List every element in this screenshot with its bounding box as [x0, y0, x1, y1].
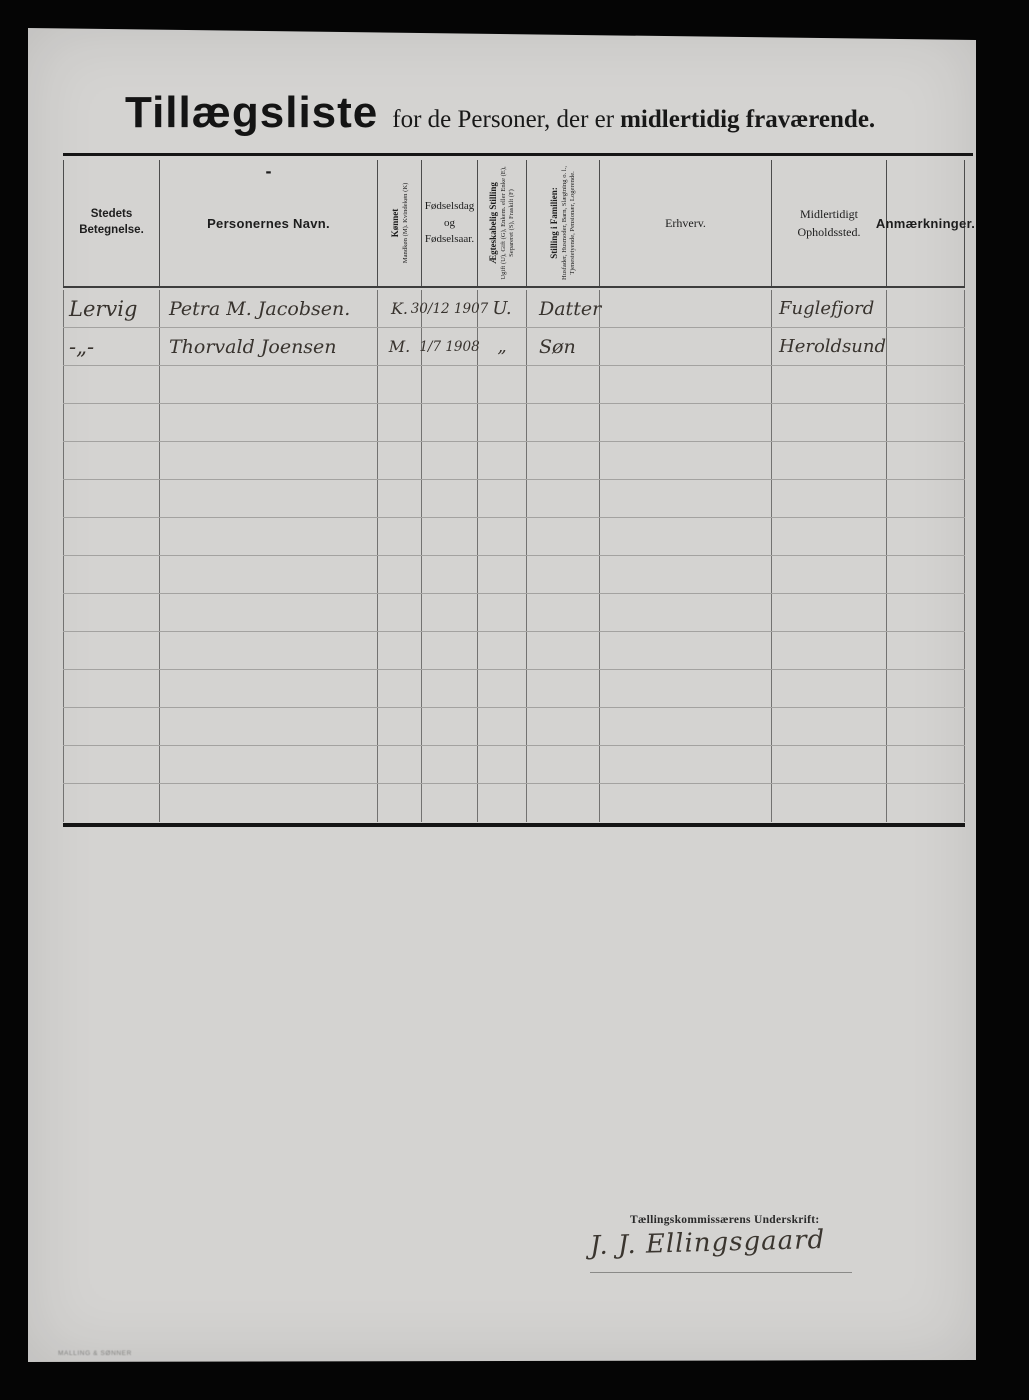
- cell-place: [63, 670, 160, 707]
- cell-family-position: Søn: [527, 328, 600, 365]
- cell-family-position: [527, 784, 600, 822]
- header-sex-main: Kønnet: [389, 162, 400, 284]
- cell-remarks: [887, 328, 965, 365]
- form-subtitle-regular: for de Personer, der er: [392, 106, 614, 133]
- cell-family-position: [527, 404, 600, 441]
- cell-occupation: [600, 366, 772, 403]
- cell-family-position: [527, 480, 600, 517]
- cell-place: [63, 518, 160, 555]
- cell-marital-status: [478, 632, 527, 669]
- cell-remarks: [887, 480, 965, 517]
- cell-residence: [772, 366, 887, 403]
- header-marital: Ægteskabelig Stilling Ugift (U), Gift (G…: [478, 160, 527, 286]
- cell-marital-status: [478, 708, 527, 745]
- header-place-label: Stedets Betegnelse.: [66, 207, 157, 238]
- table-row: [63, 632, 965, 670]
- cell-birthdate: [422, 480, 478, 517]
- cell-occupation: [600, 518, 772, 555]
- table-row: [63, 480, 965, 518]
- scan-background: Tillægsliste for de Personer, der ermidl…: [0, 0, 1029, 1400]
- cell-place: [63, 480, 160, 517]
- header-rule-top: [63, 153, 973, 156]
- cell-family-position: [527, 556, 600, 593]
- cell-remarks: [887, 708, 965, 745]
- cell-birthdate: [422, 594, 478, 631]
- header-occupation-label: Erhverv.: [665, 214, 706, 232]
- cell-marital-status: „: [478, 328, 527, 365]
- cell-family-position: [527, 632, 600, 669]
- cell-family-position: [527, 366, 600, 403]
- cell-place: [63, 594, 160, 631]
- cell-birthdate: [422, 556, 478, 593]
- cell-birthdate: [422, 708, 478, 745]
- cell-residence: [772, 404, 887, 441]
- cell-residence: [772, 480, 887, 517]
- cell-sex: [378, 670, 422, 707]
- cell-marital-status: [478, 746, 527, 783]
- cell-birthdate: [422, 366, 478, 403]
- table-body: Lervig Petra M. Jacobsen. K. 30/12 1907 …: [63, 290, 965, 822]
- cell-occupation: [600, 632, 772, 669]
- table-row: [63, 404, 965, 442]
- cell-birthdate: [422, 442, 478, 479]
- header-residence-label: Midlertidigt Opholdssted.: [774, 205, 884, 241]
- cell-marital-status: U.: [478, 290, 527, 327]
- cell-sex: [378, 404, 422, 441]
- cell-remarks: [887, 594, 965, 631]
- cell-name: Petra M. Jacobsen.: [160, 290, 378, 327]
- page-title: Tillægsliste for de Personer, der ermidl…: [125, 88, 875, 138]
- cell-name: [160, 708, 378, 745]
- cell-family-position: [527, 670, 600, 707]
- form-title: Tillægsliste: [125, 88, 378, 138]
- table-row: [63, 670, 965, 708]
- cell-sex: [378, 708, 422, 745]
- cell-marital-status: [478, 366, 527, 403]
- header-sex-rotated: Kønnet Mandkøn (M). Kvindekøn (K): [389, 162, 409, 284]
- cell-birthdate: 1/7 1908: [422, 328, 478, 365]
- cell-name: [160, 480, 378, 517]
- cell-residence: [772, 708, 887, 745]
- cell-sex: [378, 784, 422, 822]
- cell-place: [63, 708, 160, 745]
- cell-sex: [378, 480, 422, 517]
- table-row: [63, 594, 965, 632]
- cell-place: -„-: [63, 328, 160, 365]
- cell-residence: [772, 632, 887, 669]
- cell-sex: [378, 442, 422, 479]
- header-remarks: Anmærkninger.: [887, 160, 965, 286]
- cell-marital-status: [478, 518, 527, 555]
- cell-residence: [772, 518, 887, 555]
- cell-occupation: [600, 746, 772, 783]
- cell-marital-status: [478, 442, 527, 479]
- header-family-main: Stilling i Familien:: [549, 162, 560, 284]
- cell-marital-status: [478, 404, 527, 441]
- header-sex-sub: Mandkøn (M). Kvindekøn (K): [401, 162, 409, 284]
- cell-place: [63, 366, 160, 403]
- header-place: Stedets Betegnelse.: [63, 160, 160, 286]
- cell-name: [160, 442, 378, 479]
- form-subtitle-bold: midlertidig fraværende.: [620, 106, 875, 133]
- header-sex: Kønnet Mandkøn (M). Kvindekøn (K): [378, 160, 422, 286]
- cell-remarks: [887, 442, 965, 479]
- header-family-sub: Husfader, Husmoder, Barn, Slægtning o. l…: [561, 162, 577, 284]
- cell-residence: [772, 442, 887, 479]
- cell-occupation: [600, 328, 772, 365]
- cell-residence: [772, 784, 887, 822]
- cell-occupation: [600, 556, 772, 593]
- cell-birthdate: [422, 404, 478, 441]
- cell-remarks: [887, 366, 965, 403]
- header-name-label: Personernes Navn.: [207, 216, 330, 231]
- cell-remarks: [887, 556, 965, 593]
- cell-birthdate: [422, 746, 478, 783]
- cell-remarks: [887, 404, 965, 441]
- cell-birthdate: [422, 632, 478, 669]
- cell-family-position: [527, 442, 600, 479]
- header-residence: Midlertidigt Opholdssted.: [772, 160, 887, 286]
- header-marital-rotated: Ægteskabelig Stilling Ugift (U), Gift (G…: [488, 162, 516, 284]
- cell-birthdate: [422, 518, 478, 555]
- cell-marital-status: [478, 556, 527, 593]
- header-occupation: Erhverv.: [600, 160, 772, 286]
- table-header: Stedets Betegnelse. - Personernes Navn. …: [63, 160, 965, 288]
- cell-name: [160, 670, 378, 707]
- table-row: [63, 746, 965, 784]
- signature-handwriting: J. J. Ellingsgaard: [590, 1225, 826, 1261]
- cell-marital-status: [478, 670, 527, 707]
- cell-occupation: [600, 784, 772, 822]
- cell-name: [160, 518, 378, 555]
- table-row: [63, 442, 965, 480]
- cell-name: [160, 784, 378, 822]
- cell-birthdate: [422, 670, 478, 707]
- dash-mark: -: [266, 166, 272, 176]
- cell-occupation: [600, 290, 772, 327]
- table-row: [63, 708, 965, 746]
- cell-marital-status: [478, 480, 527, 517]
- header-birth: Fødselsdag og Fødselsaar.: [422, 160, 478, 286]
- cell-remarks: [887, 670, 965, 707]
- table-row: [63, 366, 965, 404]
- cell-family-position: [527, 594, 600, 631]
- cell-place: [63, 404, 160, 441]
- cell-marital-status: [478, 594, 527, 631]
- cell-occupation: [600, 404, 772, 441]
- cell-name: [160, 746, 378, 783]
- cell-occupation: [600, 670, 772, 707]
- cell-birthdate: 30/12 1907: [422, 290, 478, 327]
- cell-residence: Heroldsund: [772, 328, 887, 365]
- header-family-rotated: Stilling i Familien: Husfader, Husmoder,…: [549, 162, 577, 284]
- cell-remarks: [887, 518, 965, 555]
- cell-sex: [378, 366, 422, 403]
- scanned-page: Tillægsliste for de Personer, der ermidl…: [28, 26, 976, 1362]
- header-birth-label: Fødselsdag og Fødselsaar.: [424, 198, 475, 248]
- cell-place: [63, 442, 160, 479]
- cell-place: [63, 784, 160, 822]
- table-row: [63, 556, 965, 594]
- header-family: Stilling i Familien: Husfader, Husmoder,…: [527, 160, 600, 286]
- cell-family-position: [527, 708, 600, 745]
- cell-remarks: [887, 290, 965, 327]
- cell-remarks: [887, 746, 965, 783]
- signature-line: [590, 1272, 852, 1273]
- cell-family-position: [527, 518, 600, 555]
- cell-sex: [378, 556, 422, 593]
- printer-imprint: Malling & Sønner: [58, 1350, 132, 1357]
- cell-occupation: [600, 442, 772, 479]
- cell-occupation: [600, 708, 772, 745]
- cell-sex: [378, 518, 422, 555]
- cell-sex: [378, 746, 422, 783]
- header-name: - Personernes Navn.: [160, 160, 378, 286]
- cell-place: [63, 746, 160, 783]
- cell-place: Lervig: [63, 290, 160, 327]
- header-remarks-label: Anmærkninger.: [876, 216, 975, 231]
- cell-marital-status: [478, 784, 527, 822]
- header-marital-sub: Ugift (U), Gift (G), Enkem. eller Enke (…: [500, 162, 516, 284]
- cell-name: Thorvald Joensen: [160, 328, 378, 365]
- cell-residence: [772, 594, 887, 631]
- signature-label: Tællingskommissærens Underskrift:: [630, 1214, 820, 1226]
- table-row: [63, 518, 965, 556]
- cell-occupation: [600, 480, 772, 517]
- cell-residence: [772, 746, 887, 783]
- table-row: [63, 784, 965, 822]
- cell-place: [63, 556, 160, 593]
- cell-place: [63, 632, 160, 669]
- cell-remarks: [887, 784, 965, 822]
- table-row: -„- Thorvald Joensen M. 1/7 1908 „ Søn H…: [63, 328, 965, 366]
- cell-family-position: Datter: [527, 290, 600, 327]
- cell-name: [160, 556, 378, 593]
- cell-occupation: [600, 594, 772, 631]
- header-marital-main: Ægteskabelig Stilling: [488, 162, 499, 284]
- form-subtitle: for de Personer, der ermidlertidig fravæ…: [392, 106, 875, 134]
- cell-family-position: [527, 746, 600, 783]
- cell-residence: [772, 670, 887, 707]
- cell-name: [160, 594, 378, 631]
- cell-sex: [378, 594, 422, 631]
- cell-residence: [772, 556, 887, 593]
- cell-name: [160, 404, 378, 441]
- cell-remarks: [887, 632, 965, 669]
- cell-name: [160, 366, 378, 403]
- cell-birthdate: [422, 784, 478, 822]
- cell-name: [160, 632, 378, 669]
- table-row: Lervig Petra M. Jacobsen. K. 30/12 1907 …: [63, 290, 965, 328]
- cell-residence: Fuglefjord: [772, 290, 887, 327]
- cell-sex: [378, 632, 422, 669]
- table-rule-bottom: [63, 823, 965, 827]
- cell-sex: M.: [378, 328, 422, 365]
